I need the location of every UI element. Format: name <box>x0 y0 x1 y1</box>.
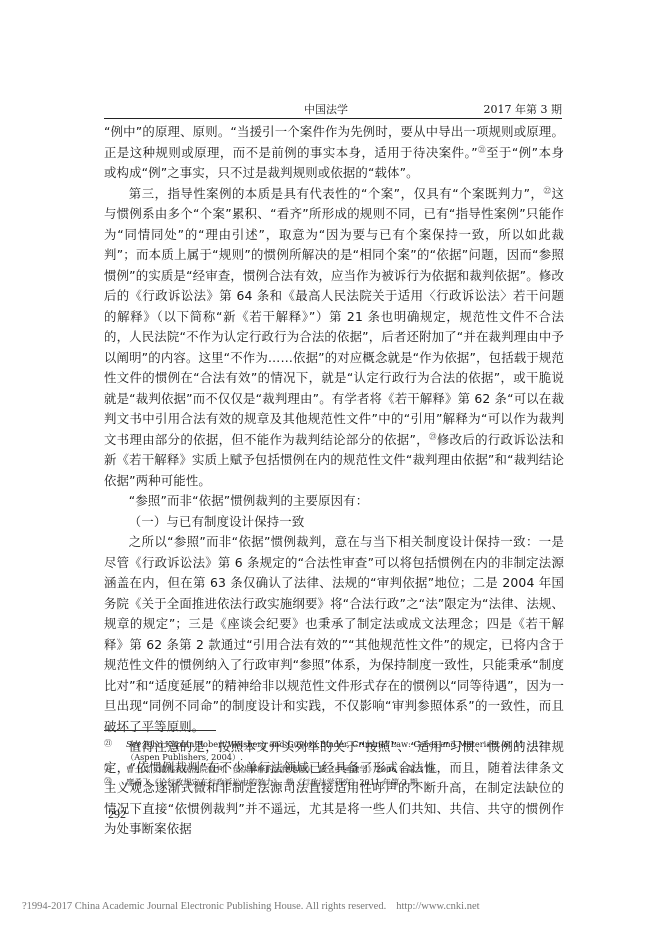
source-url[interactable]: http://www.cnki.net <box>396 901 479 912</box>
copyright-line: ?1994-2017 China Academic Journal Electr… <box>22 901 480 912</box>
footnote-ref[interactable]: ㉓ <box>429 431 437 440</box>
footnote-ref[interactable]: ㉑ <box>478 144 486 153</box>
paragraph: 之所以“参照”而非“依据”惯例裁判，意在与当下相关制度设计保持一致：一是尽管《行… <box>104 532 564 737</box>
footnote-mark: ㉑ <box>104 738 126 763</box>
footnote-divider <box>104 730 216 731</box>
page-number: 292 <box>108 807 126 822</box>
footnote-italic: See <box>126 739 141 749</box>
section-lead: “参照”而非“依据”惯例裁判的主要原因有： <box>104 491 564 512</box>
copyright-text: ?1994-2017 China Academic Journal Electr… <box>22 901 386 912</box>
paragraph-text: 这与惯例系由多个“个案”累积、“看齐”所形成的规则不同，已有“指导性案例”只能作… <box>104 186 564 447</box>
running-header: 中国法学 2017 年第 3 期 <box>104 100 562 119</box>
footnote-text: 廖希飞《论行政规定在行政诉讼中的效力》，载《行政法学研究》2011 年第 2 期… <box>126 776 564 789</box>
paragraph: “例中”的原理、原则。“当援引一个案件作为先例时，要从中导出一项规则或原理。正是… <box>104 122 564 184</box>
footnote: ㉓ 廖希飞《论行政规定在行政诉讼中的效力》，载《行政法学研究》2011 年第 2… <box>104 776 564 789</box>
paragraph: 第三，指导性案例的本质是具有代表性的“个案”，仅具有“个案既判力”，㉒这与惯例系… <box>104 184 564 492</box>
section-heading: （一）与已有制度设计保持一致 <box>104 512 564 533</box>
footnote: ㉒ 曹士兵《最高人民法院裁判、司法解释的法律地位》，载《中国法学》2006 年第… <box>104 763 564 776</box>
footnote-text: John Kaplan Robert Weisberg and Guyora B… <box>126 739 544 762</box>
journal-title: 中国法学 <box>304 101 348 117</box>
footnote: ㉑ See John Kaplan Robert Weisberg and Gu… <box>104 738 564 763</box>
paragraph-text: 第三，指导性案例的本质是具有代表性的“个案”，仅具有“个案既判力”， <box>129 186 544 201</box>
footnote-mark: ㉒ <box>104 763 126 776</box>
footnote-mark: ㉓ <box>104 776 126 789</box>
article-body: “例中”的原理、原则。“当援引一个案件作为先例时，要从中导出一项规则或原理。正是… <box>104 122 564 840</box>
footnotes: ㉑ See John Kaplan Robert Weisberg and Gu… <box>104 738 564 788</box>
footnote-text: 曹士兵《最高人民法院裁判、司法解释的法律地位》，载《中国法学》2006 年第 3… <box>126 763 564 776</box>
issue-label: 2017 年第 3 期 <box>484 101 562 117</box>
